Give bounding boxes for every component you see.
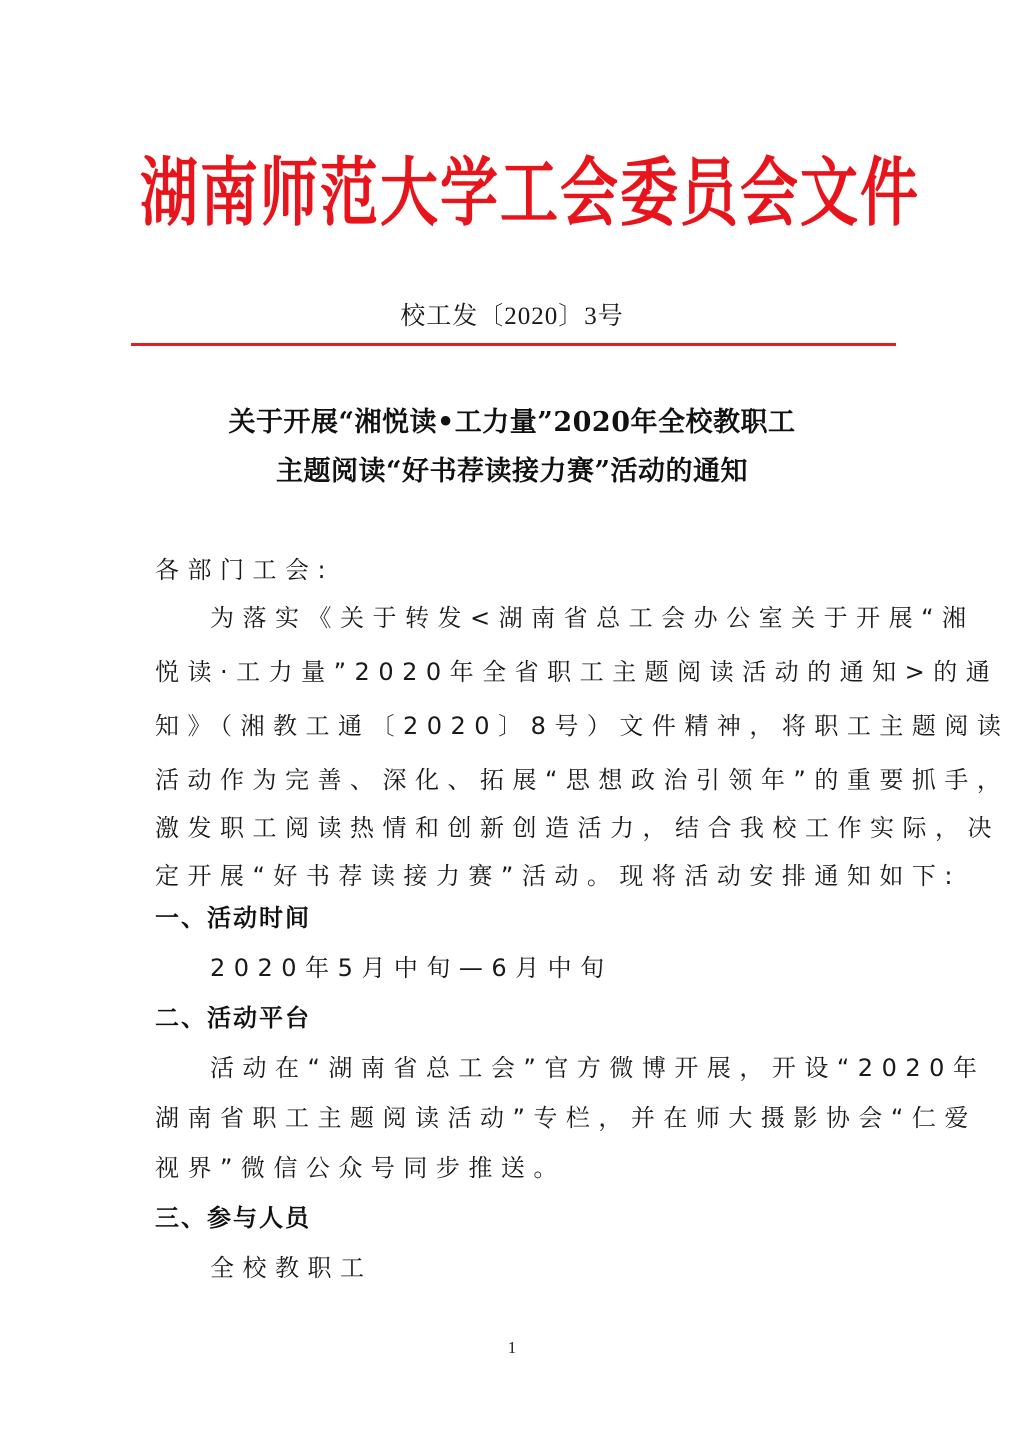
intro-line: 定开展“好书荐读接力赛”活动。现将活动安排通知如下: bbox=[155, 861, 869, 891]
document-title-line-1: 关于开展“湘悦读•工力量”2020年全校教职工 bbox=[0, 400, 1024, 439]
section-line: 活动在“湖南省总工会”官方微博开展，开设“2020年 bbox=[210, 1053, 924, 1083]
section-line: 视界”微信公众号同步推送。 bbox=[155, 1153, 869, 1183]
intro-line: 悦读·工力量”2020年全省职工主题阅读活动的通知>的通 bbox=[155, 657, 869, 687]
intro-line: 为落实《关于转发<湖南省总工会办公室关于开展“湘 bbox=[210, 603, 924, 633]
page-number: 1 bbox=[0, 1338, 1024, 1358]
document-number: 校工发〔2020〕3号 bbox=[0, 296, 1024, 332]
intro-line: 激发职工阅读热情和创新创造活力，结合我校工作实际，决 bbox=[155, 813, 869, 843]
masthead: 湖南师范大学工会委员会文件 bbox=[140, 148, 885, 238]
document-title-line-2: 主题阅读“好书荐读接力赛”活动的通知 bbox=[0, 449, 1024, 488]
section-heading-platform: 二、活动平台 bbox=[155, 1003, 311, 1033]
document-page: 湖南师范大学工会委员会文件 校工发〔2020〕3号 关于开展“湘悦读•工力量”2… bbox=[0, 0, 1024, 1448]
intro-line: 知》（湘教工通〔2020〕8号）文件精神，将职工主题阅读 bbox=[155, 711, 869, 741]
salutation: 各部门工会: bbox=[155, 555, 869, 585]
section-line: 2020年5月中旬—6月中旬 bbox=[210, 953, 924, 983]
section-line: 全校教职工 bbox=[210, 1253, 924, 1283]
masthead-title: 湖南师范大学工会委员会文件 bbox=[140, 135, 920, 250]
red-divider-rule bbox=[131, 343, 896, 346]
section-line: 湖南省职工主题阅读活动”专栏，并在师大摄影协会“仁爱 bbox=[155, 1103, 869, 1133]
section-heading-time: 一、活动时间 bbox=[155, 903, 311, 933]
intro-line: 活动作为完善、深化、拓展“思想政治引领年”的重要抓手， bbox=[155, 765, 869, 795]
section-heading-participants: 三、参与人员 bbox=[155, 1203, 311, 1233]
